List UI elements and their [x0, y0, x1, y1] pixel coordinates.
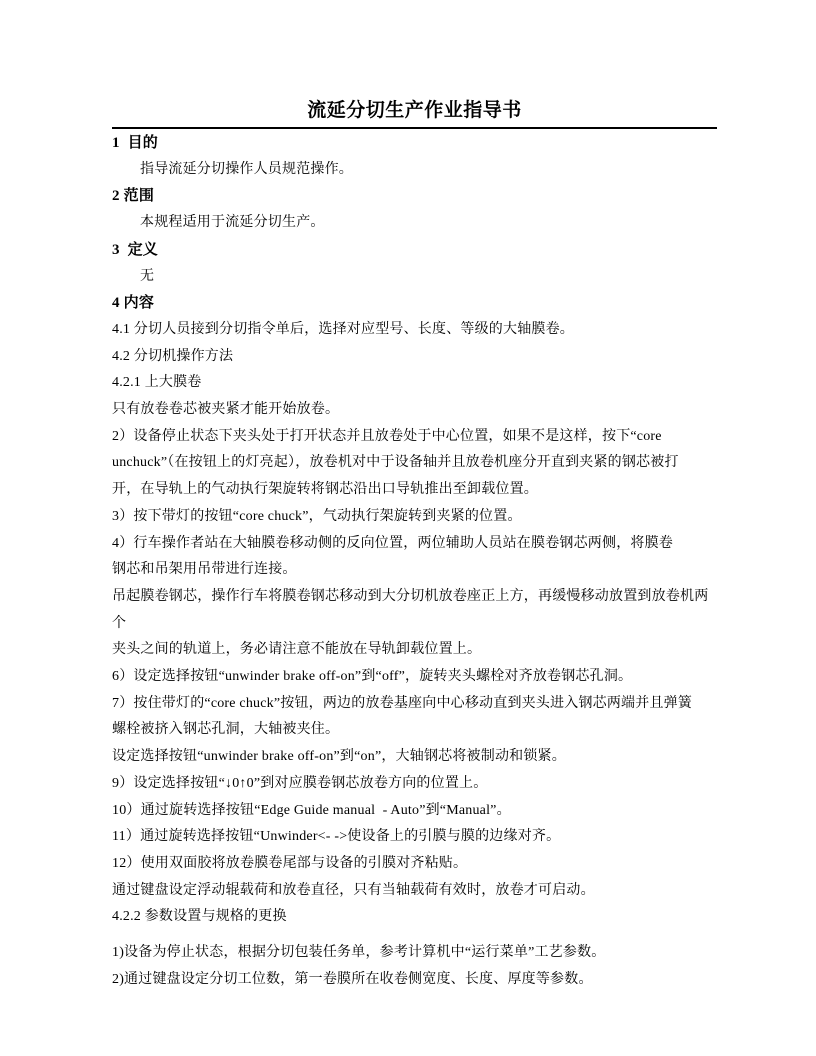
title-divider [112, 127, 717, 129]
paragraph-line: 吊起膜卷钢芯，操作行车将膜卷钢芯移动到大分切机放卷座正上方，再缓慢移动放置到放卷… [112, 584, 717, 637]
document-body: 1 目的指导流延分切操作人员规范操作。2 范围本规程适用于流延分切生产。3 定义… [112, 130, 717, 994]
paragraph-line: 2)通过键盘设定分切工位数，第一卷膜所在收卷侧宽度、长度、厚度等参数。 [112, 967, 717, 994]
document-page: 流延分切生产作业指导书 1 目的指导流延分切操作人员规范操作。2 范围本规程适用… [0, 0, 816, 1056]
paragraph-line: 螺栓被挤入钢芯孔洞，大轴被夹住。 [112, 717, 717, 744]
section-heading: 2 范围 [112, 183, 717, 210]
paragraph-line: 通过键盘设定浮动辊载荷和放卷直径，只有当轴载荷有效时，放卷才可启动。 [112, 878, 717, 905]
paragraph-line: 开，在导轨上的气动执行架旋转将钢芯沿出口导轨推出至卸载位置。 [112, 477, 717, 504]
paragraph-line: 2）设备停止状态下夹头处于打开状态并且放卷处于中心位置，如果不是这样，按下“co… [112, 424, 717, 451]
paragraph-line: 4.2.1 上大膜卷 [112, 370, 717, 397]
paragraph-line: 4.2 分切机操作方法 [112, 344, 717, 371]
paragraph-line: 只有放卷卷芯被夹紧才能开始放卷。 [112, 397, 717, 424]
paragraph-line: 钢芯和吊架用吊带进行连接。 [112, 557, 717, 584]
paragraph-line: 3）按下带灯的按钮“core chuck”，气动执行架旋转到夹紧的位置。 [112, 504, 717, 531]
paragraph-line: 无 [112, 264, 717, 291]
paragraph-line: 10）通过旋转选择按钮“Edge Guide manual - Auto”到“M… [112, 798, 717, 825]
paragraph-line: 设定选择按钮“unwinder brake off-on”到“on”，大轴钢芯将… [112, 744, 717, 771]
paragraph-line: 6）设定选择按钮“unwinder brake off-on”到“off”，旋转… [112, 664, 717, 691]
paragraph-line: 4.1 分切人员接到分切指令单后，选择对应型号、长度、等级的大轴膜卷。 [112, 317, 717, 344]
paragraph-line: 1)设备为停止状态，根据分切包装任务单，参考计算机中“运行菜单”工艺参数。 [112, 940, 717, 967]
section-heading: 1 目的 [112, 130, 717, 157]
paragraph-line: 4）行车操作者站在大轴膜卷移动侧的反向位置，两位辅助人员站在膜卷钢芯两侧，将膜卷 [112, 531, 717, 558]
paragraph-line: 夹头之间的轨道上，务必请注意不能放在导轨卸载位置上。 [112, 637, 717, 664]
paragraph-line: 12）使用双面胶将放卷膜卷尾部与设备的引膜对齐粘贴。 [112, 851, 717, 878]
paragraph-line: unchuck”（在按钮上的灯亮起），放卷机对中于设备轴并且放卷机座分开直到夹紧… [112, 450, 717, 477]
paragraph-line: 指导流延分切操作人员规范操作。 [112, 157, 717, 184]
section-heading: 3 定义 [112, 237, 717, 264]
section-heading: 4 内容 [112, 290, 717, 317]
paragraph-line: 本规程适用于流延分切生产。 [112, 210, 717, 237]
paragraph-line: 9）设定选择按钮“↓0↑0”到对应膜卷钢芯放卷方向的位置上。 [112, 771, 717, 798]
document-title: 流延分切生产作业指导书 [112, 97, 717, 125]
paragraph-line: 7）按住带灯的“core chuck”按钮，两边的放卷基座向中心移动直到夹头进入… [112, 691, 717, 718]
paragraph-line: 11）通过旋转选择按钮“Unwinder<- ->使设备上的引膜与膜的边缘对齐。 [112, 824, 717, 851]
paragraph-line: 4.2.2 参数设置与规格的更换 [112, 904, 717, 931]
